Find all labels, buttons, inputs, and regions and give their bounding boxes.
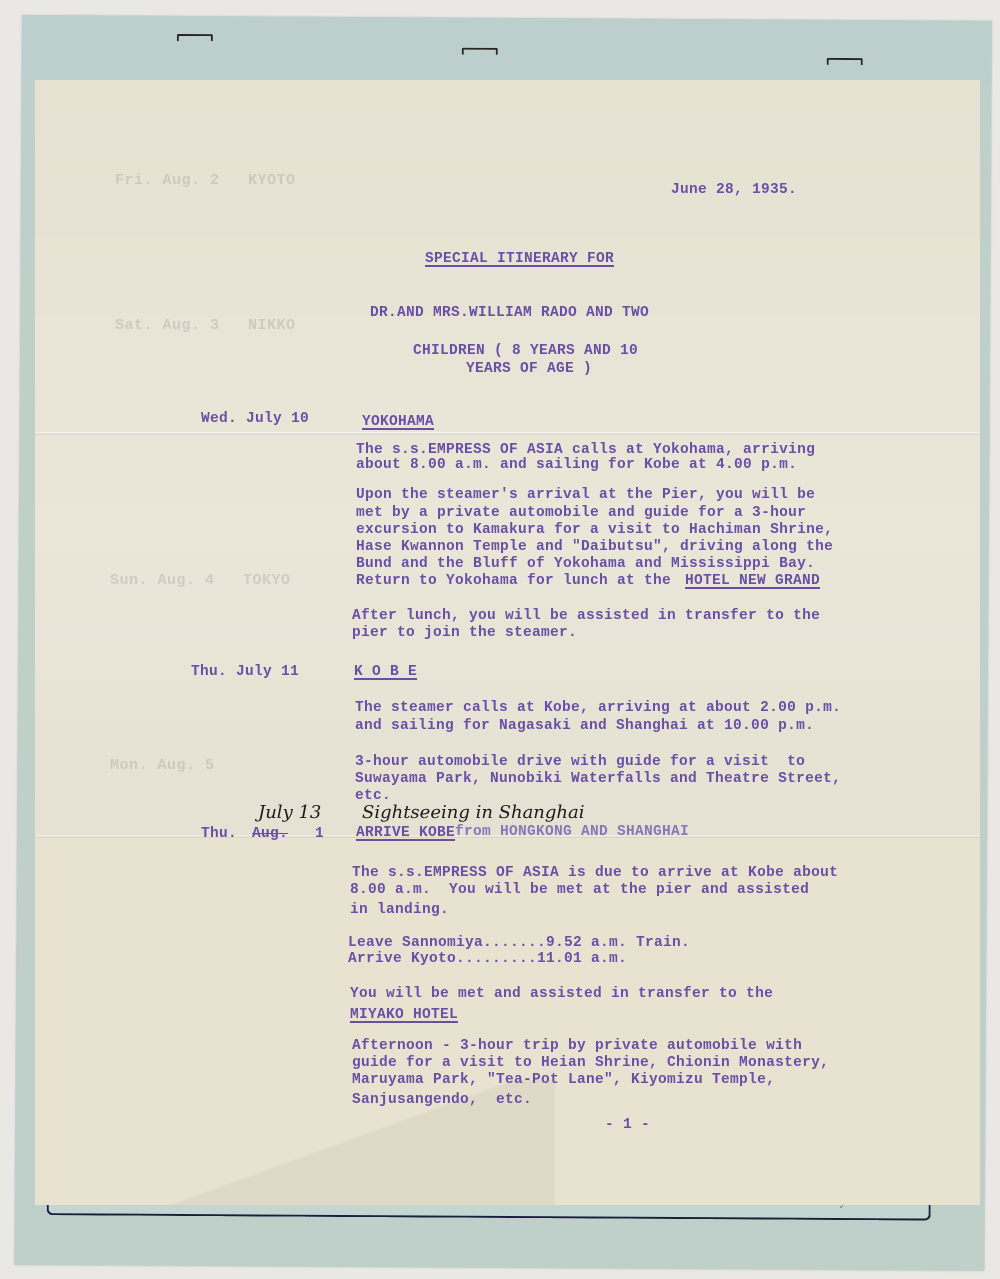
entry-place: YOKOHAMA xyxy=(362,414,434,430)
paragraph-line: The s.s.EMPRESS OF ASIA is due to arrive… xyxy=(352,865,838,881)
bleed-through-line: Mon. Aug. 5 xyxy=(110,757,215,774)
itinerary-sheet: Fri. Aug. 2 KYOTO Sat. Aug. 3 NIKKO Sun.… xyxy=(35,80,980,1205)
paragraph-line: The s.s.EMPRESS OF ASIA calls at Yokoham… xyxy=(356,442,815,458)
paragraph-line: Return to Yokohama for lunch at the xyxy=(356,573,680,589)
paragraph-line: guide for a visit to Heian Shrine, Chion… xyxy=(352,1055,829,1071)
subtitle-line: DR.AND MRS.WILLIAM RADO AND TWO xyxy=(370,305,649,321)
paragraph-line: met by a private automobile and guide fo… xyxy=(356,505,806,521)
paragraph-line: Upon the steamer's arrival at the Pier, … xyxy=(356,487,815,503)
entry-place: ARRIVE KOBE xyxy=(356,825,455,841)
entry-place-suffix: from HONGKONG AND SHANGHAI xyxy=(446,824,689,840)
paragraph-line: Afternoon - 3-hour trip by private autom… xyxy=(352,1038,802,1054)
paragraph-line: After lunch, you will be assisted in tra… xyxy=(352,608,820,624)
entry-date: Thu. July 11 xyxy=(191,664,299,680)
bleed-through-line: Fri. Aug. 2 KYOTO xyxy=(115,172,296,189)
paragraph-line: 8.00 a.m. You will be met at the pier an… xyxy=(350,882,809,898)
subtitle-line: CHILDREN ( 8 YEARS AND 10 xyxy=(413,343,638,359)
paragraph-line: You will be met and assisted in transfer… xyxy=(350,986,773,1002)
staple-icon xyxy=(462,48,498,55)
cover-top-strip xyxy=(22,15,992,86)
paragraph-line: Hase Kwannon Temple and "Daibutsu", driv… xyxy=(356,539,833,555)
paragraph-line: 3-hour automobile drive with guide for a… xyxy=(355,754,805,770)
entry-date-month: Aug. xyxy=(252,826,288,842)
paragraph-line: Bund and the Bluff of Yokohama and Missi… xyxy=(356,556,815,572)
entry-date-prefix: Thu. xyxy=(201,826,237,842)
document-date: June 28, 1935. xyxy=(671,182,797,198)
paragraph-line: The steamer calls at Kobe, arriving at a… xyxy=(355,700,841,716)
entry-place: K O B E xyxy=(354,664,417,680)
handwritten-date: July 13 xyxy=(258,802,321,823)
page-number: - 1 - xyxy=(605,1117,650,1133)
paragraph-line: pier to join the steamer. xyxy=(352,625,577,641)
fold-line xyxy=(35,432,980,435)
subtitle-line: YEARS OF AGE ) xyxy=(466,361,592,377)
handwritten-note: Sightseeing in Shanghai xyxy=(362,802,585,823)
paragraph-line: in landing. xyxy=(350,902,449,918)
paragraph-line: about 8.00 a.m. and sailing for Kobe at … xyxy=(356,457,797,473)
hotel-name: MIYAKO HOTEL xyxy=(350,1007,458,1023)
bleed-through-line: Sat. Aug. 3 NIKKO xyxy=(115,317,296,334)
staple-icon xyxy=(177,34,213,41)
paragraph-line: Suwayama Park, Nunobiki Waterfalls and T… xyxy=(355,771,841,787)
paragraph-line: and sailing for Nagasaki and Shanghai at… xyxy=(355,718,814,734)
paragraph-line: Arrive Kyoto.........11.01 a.m. xyxy=(348,951,627,967)
document-title: SPECIAL ITINERARY FOR xyxy=(425,251,614,267)
entry-date: Wed. July 10 xyxy=(201,411,309,427)
bleed-through-line: Sun. Aug. 4 TOKYO xyxy=(110,572,291,589)
entry-date-day: 1 xyxy=(315,826,324,842)
paragraph-line: Sanjusangendo, etc. xyxy=(352,1092,532,1108)
paragraph-line: Leave Sannomiya.......9.52 a.m. Train. xyxy=(348,935,690,951)
paragraph-line: Maruyama Park, "Tea-Pot Lane", Kiyomizu … xyxy=(352,1072,775,1088)
hotel-name: HOTEL NEW GRAND xyxy=(685,573,820,589)
staple-icon xyxy=(827,58,863,65)
paragraph-line: excursion to Kamakura for a visit to Hac… xyxy=(356,522,833,538)
